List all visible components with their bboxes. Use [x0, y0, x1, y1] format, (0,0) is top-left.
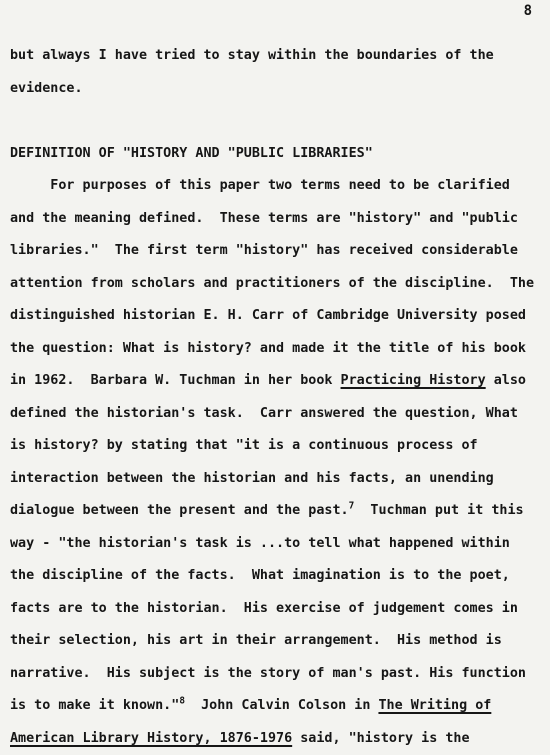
document-page: 8 but always I have tried to stay within… [0, 0, 550, 755]
text-line: distinguished historian E. H. Carr of Ca… [10, 300, 550, 333]
text-line: their selection, his art in their arrang… [10, 625, 550, 658]
blank-line [10, 105, 550, 138]
text-run: interaction between the historian and hi… [10, 471, 494, 486]
text-line: DEFINITION OF "HISTORY AND "PUBLIC LIBRA… [10, 138, 550, 171]
text-run: the discipline of the facts. What imagin… [10, 568, 510, 583]
text-run: libraries." The first term "history" has… [10, 243, 518, 258]
text-line: dialogue between the present and the pas… [10, 495, 550, 528]
text-line: the question: What is history? and made … [10, 333, 550, 366]
text-line: attention from scholars and practitioner… [10, 268, 550, 301]
text-run: but always I have tried to stay within t… [10, 48, 494, 63]
text-line: facts are to the historian. His exercise… [10, 593, 550, 626]
text-run: the question: What is history? and made … [10, 341, 526, 356]
text-run: distinguished historian E. H. Carr of Ca… [10, 308, 526, 323]
text-run: facts are to the historian. His exercise… [10, 601, 518, 616]
text-run: also [486, 373, 526, 388]
text-line: libraries." The first term "history" has… [10, 235, 550, 268]
text-run: their selection, his art in their arrang… [10, 633, 502, 648]
text-run: dialogue between the present and the pas… [10, 503, 349, 518]
text-run: Tuchman put it this [354, 503, 523, 518]
text-run: DEFINITION OF "HISTORY AND "PUBLIC LIBRA… [10, 146, 373, 161]
text-line: is to make it known."8 John Calvin Colso… [10, 690, 550, 723]
text-line: American Library History, 1876-1976 said… [10, 723, 550, 755]
text-run: evidence. [10, 81, 83, 96]
page-number: 8 [524, 3, 532, 19]
text-line: For purposes of this paper two terms nee… [10, 170, 550, 203]
text-line: the discipline of the facts. What imagin… [10, 560, 550, 593]
underlined-title: Practicing History [341, 373, 486, 388]
text-line: evidence. [10, 73, 550, 106]
text-run: way - "the historian's task is ...to tel… [10, 536, 510, 551]
text-run: is history? by stating that "it is a con… [10, 438, 478, 453]
text-line: is history? by stating that "it is a con… [10, 430, 550, 463]
text-line: interaction between the historian and hi… [10, 463, 550, 496]
text-run: is to make it known." [10, 698, 179, 713]
text-line: defined the historian's task. Carr answe… [10, 398, 550, 431]
text-line: and the meaning defined. These terms are… [10, 203, 550, 236]
underlined-title: American Library History, 1876-1976 [10, 731, 292, 746]
text-run: in 1962. Barbara W. Tuchman in her book [10, 373, 341, 388]
text-run: For purposes of this paper two terms nee… [10, 178, 510, 193]
text-line: in 1962. Barbara W. Tuchman in her book … [10, 365, 550, 398]
text-run: John Calvin Colson in [185, 698, 378, 713]
text-line: way - "the historian's task is ...to tel… [10, 528, 550, 561]
text-line: narrative. His subject is the story of m… [10, 658, 550, 691]
underlined-title: The Writing of [378, 698, 491, 713]
text-line: but always I have tried to stay within t… [10, 40, 550, 73]
text-run: and the meaning defined. These terms are… [10, 211, 518, 226]
text-run: defined the historian's task. Carr answe… [10, 406, 518, 421]
text-run: narrative. His subject is the story of m… [10, 666, 526, 681]
text-run: attention from scholars and practitioner… [10, 276, 534, 291]
document-body: but always I have tried to stay within t… [10, 40, 550, 755]
text-run: said, "history is the [292, 731, 469, 746]
